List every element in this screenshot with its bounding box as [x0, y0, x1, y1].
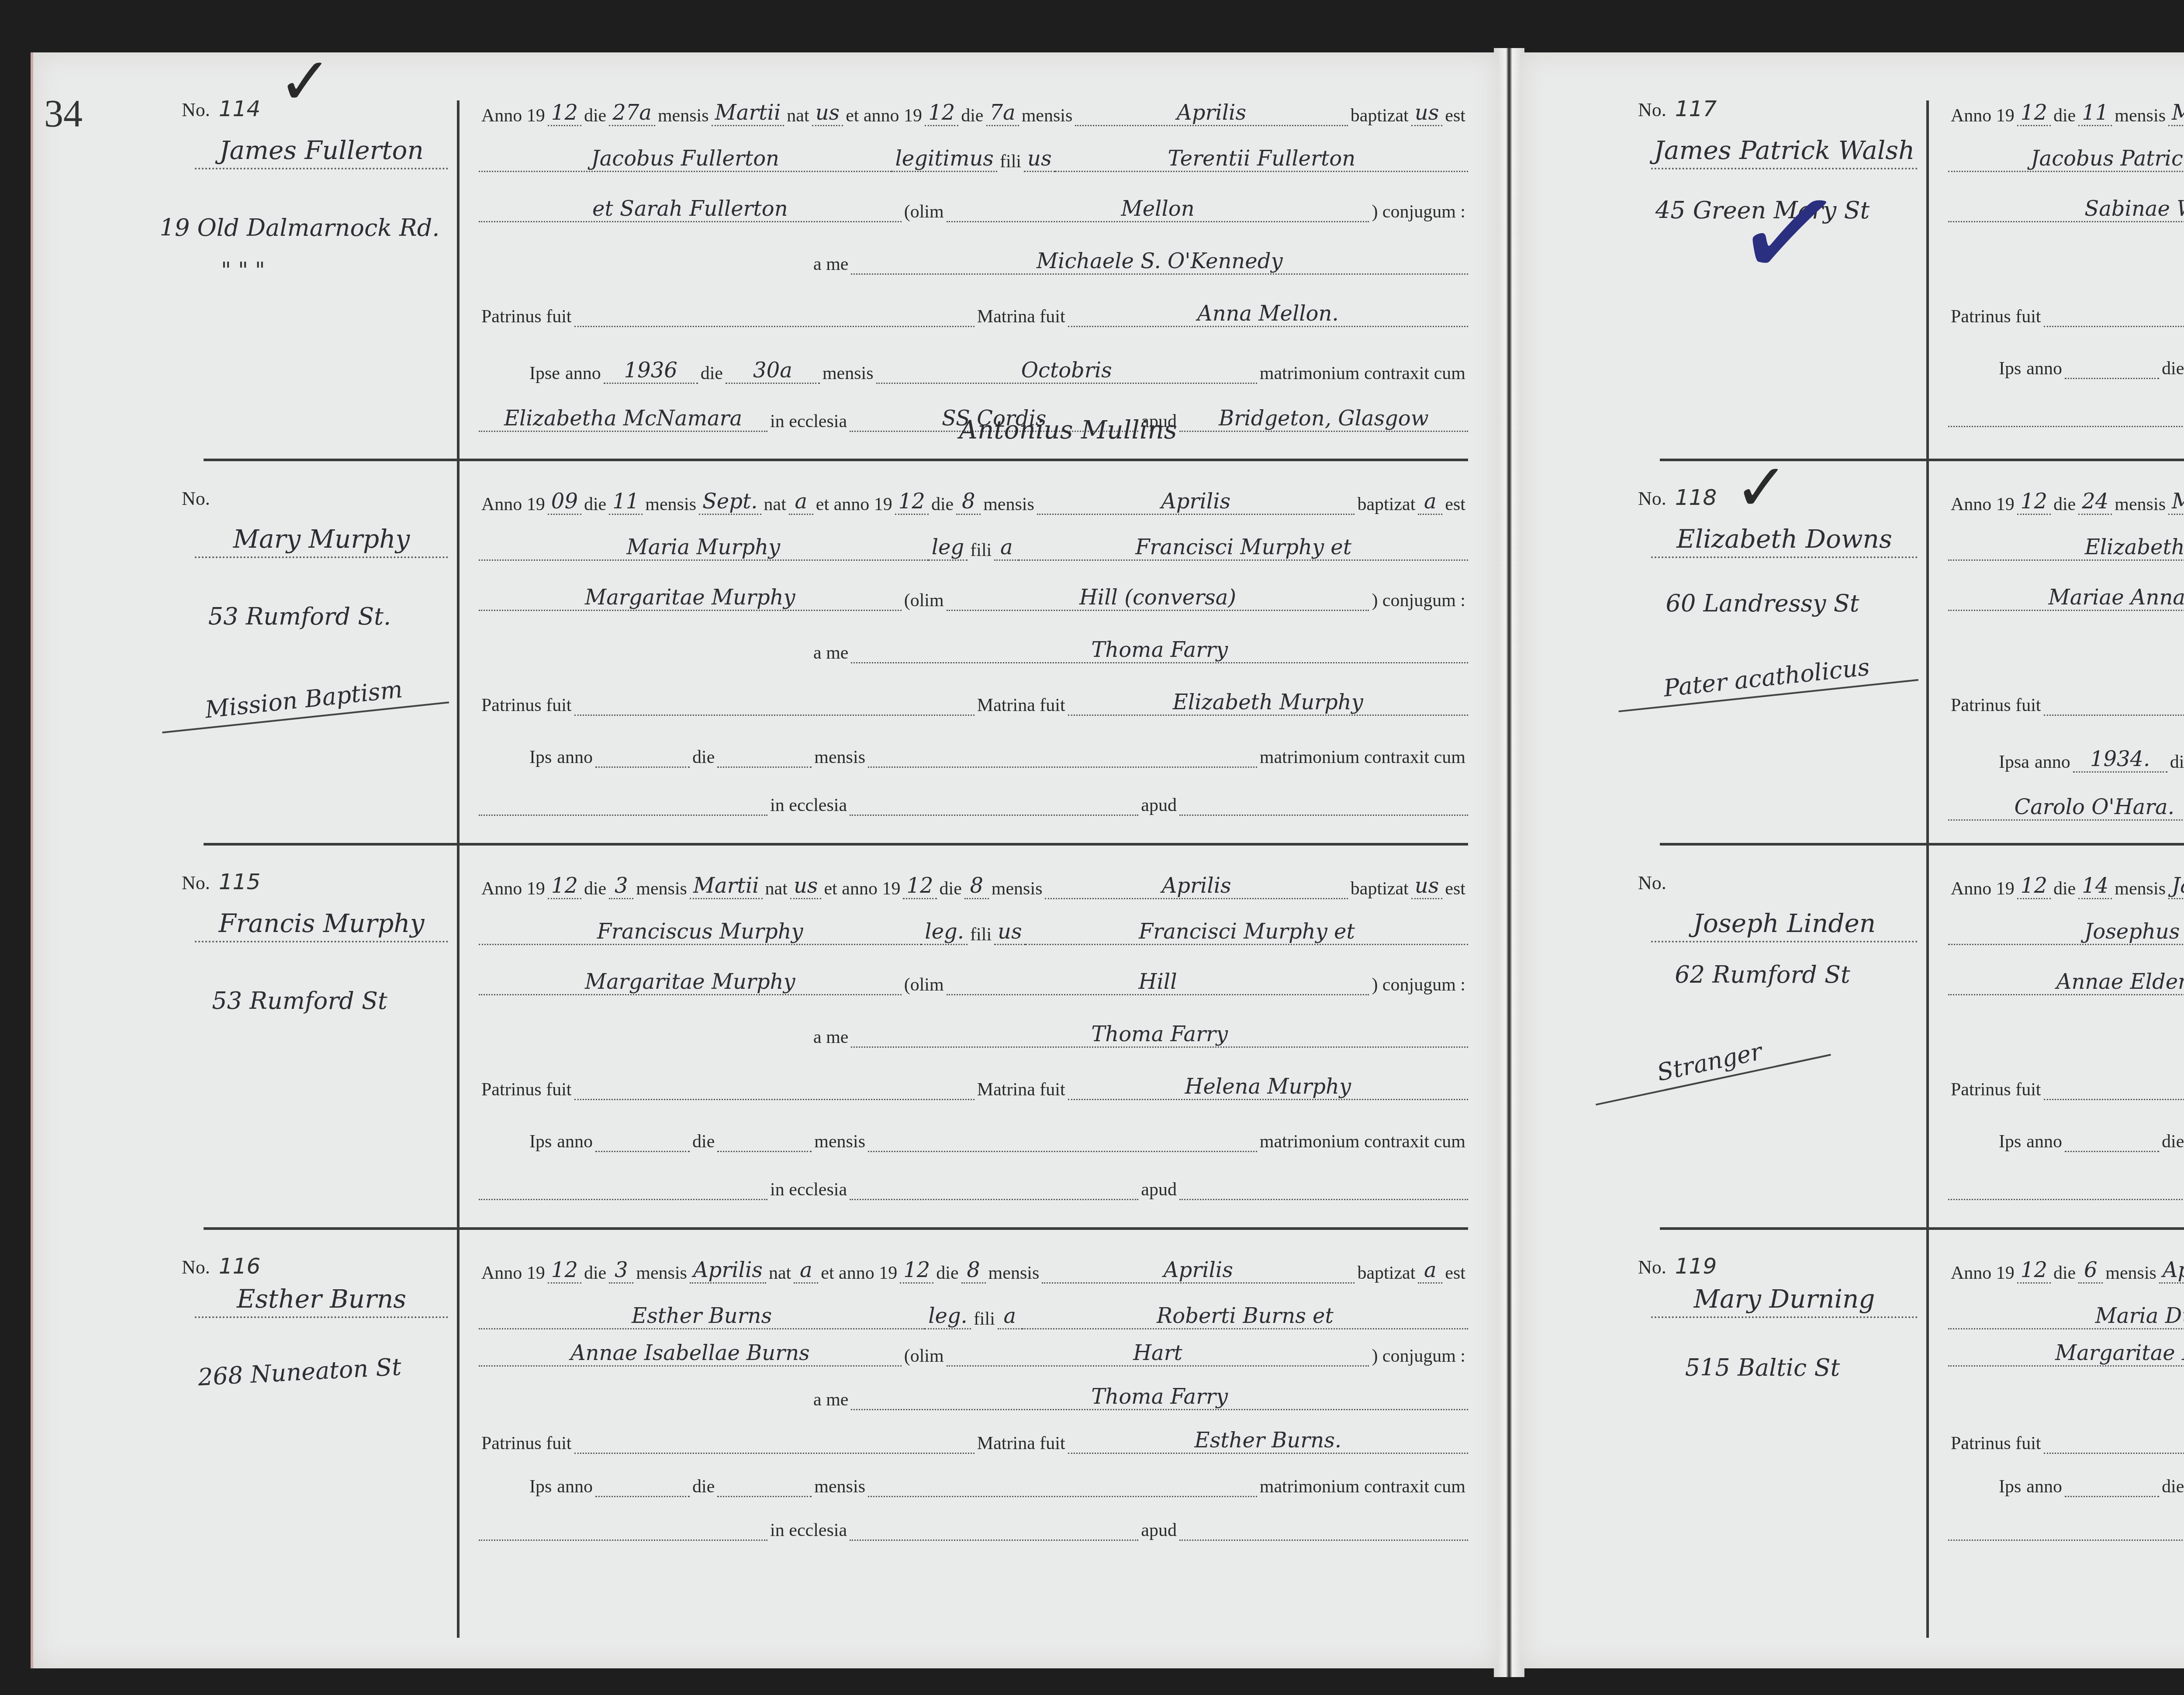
nat-suffix: a — [794, 1258, 818, 1284]
number-label: No. — [182, 1257, 210, 1278]
marriage-month — [868, 1496, 1257, 1497]
margin-note: Mission Baptism — [159, 671, 449, 734]
spouse-name — [479, 1540, 767, 1541]
number-label: No. — [182, 872, 210, 894]
baptism-entry: No. Mary Murphy 53 Rumford St. Mission B… — [33, 459, 1499, 843]
mother-name: Margaritae Murphy — [479, 970, 902, 995]
baptism-year: 12 — [900, 1258, 933, 1284]
nat-suffix: us — [790, 873, 822, 899]
birth-day: 27a — [609, 100, 655, 126]
marriage-month — [868, 766, 1257, 768]
baptism-entry: No. Joseph Linden 62 Rumford St Stranger… — [1520, 843, 2184, 1227]
baptism-day: 8 — [956, 489, 981, 515]
birth-year: 12 — [2017, 873, 2051, 899]
birth-year: 12 — [2017, 489, 2051, 515]
marriage-place — [1179, 1199, 1468, 1200]
entry-number: 114 — [219, 96, 260, 121]
birth-year: 12 — [548, 100, 581, 126]
spouse-name — [1948, 426, 2184, 427]
marriage-year — [595, 766, 690, 768]
legitimacy: leg — [928, 535, 968, 561]
mother-maiden-name: Hart — [947, 1341, 1369, 1367]
marriage-year: 1934. — [2073, 747, 2167, 773]
baptism-entry: No.114 ✓ James Fullerton 19 Old Dalmarno… — [33, 70, 1499, 454]
child-name: Francis Murphy — [195, 908, 448, 942]
father-name: Francisci Murphy et — [1019, 535, 1468, 561]
marriage-year — [595, 1151, 690, 1152]
baptism-month: Aprilis — [1037, 489, 1355, 515]
baptism-month: Aprilis — [1042, 1258, 1355, 1284]
baptism-suffix: us — [1411, 873, 1443, 899]
mother-name: et Sarah Fullerton — [479, 197, 902, 222]
birth-year: 12 — [2017, 100, 2051, 126]
birth-month: Martii — [712, 100, 784, 126]
latin-name: Esther Burns — [479, 1304, 925, 1329]
mother-name: Margaritae Durning — [1948, 1341, 2184, 1367]
godmother-name: Helena Murphy — [1068, 1074, 1468, 1100]
number-label: No. — [182, 99, 210, 121]
number-label: No. — [1638, 99, 1666, 121]
legitimacy: leg. — [921, 919, 968, 945]
child-name: Esther Burns — [195, 1284, 448, 1318]
godfather-name — [2044, 326, 2184, 327]
godfather-name — [2044, 1099, 2184, 1100]
margin-note: Pater acatholicus — [1615, 648, 1918, 712]
entry-margin: No.116 Esther Burns 268 Nuneaton St — [134, 1227, 448, 1612]
marriage-church — [850, 1199, 1138, 1200]
entry-form: Anno 1912 die6 mensisAprilis nata et ann… — [1948, 1227, 2184, 1612]
baptism-year: 12 — [925, 100, 958, 126]
fili-suffix: a — [998, 1304, 1022, 1329]
entry-number: 117 — [1675, 96, 1717, 121]
entry-margin: No.114 ✓ James Fullerton 19 Old Dalmarno… — [134, 70, 448, 454]
latin-name: Jacobus Fullerton — [479, 146, 892, 172]
baptism-suffix: us — [1411, 100, 1443, 126]
baptism-entry: No.115 Francis Murphy 53 Rumford St Anno… — [33, 843, 1499, 1227]
priest-name: Thoma Farry — [851, 638, 1468, 663]
spouse-name: Elizabetha McNamara — [479, 406, 767, 432]
birth-month: Martii — [2168, 100, 2184, 126]
entry-form: Anno 1912 die14 mensisJanuarii natus et … — [1948, 843, 2184, 1227]
birth-year: 12 — [2017, 1258, 2051, 1284]
mother-name: Mariae Annae Downs — [1948, 585, 2184, 611]
fili-suffix: us — [994, 919, 1026, 945]
entry-form: Anno 1912 die27a mensisMartii natus et a… — [479, 70, 1468, 454]
entry-margin: No.118 ✓ Elizabeth Downs 60 Landressy St… — [1590, 459, 1918, 843]
baptism-suffix: a — [1418, 1258, 1442, 1284]
baptism-entry: No.117 James Patrick Walsh 45 Green Mary… — [1520, 70, 2184, 454]
left-page: 34 No.114 ✓ James Fullerton 19 Old Dalma… — [31, 52, 1499, 1668]
marriage-place — [1179, 815, 1468, 816]
legitimacy: legitimus — [892, 146, 997, 172]
godmother-name: Elizabeth Murphy — [1068, 690, 1468, 716]
child-name: James Fullerton — [195, 135, 448, 169]
address: 60 Landressy St — [1607, 590, 1918, 617]
entry-form: Anno 1912 die3 mensisAprilis nata et ann… — [479, 1227, 1468, 1612]
priest-name: Thoma Farry — [851, 1022, 1468, 1048]
checkmark-icon: ✓ — [1734, 450, 1789, 526]
godfather-name — [2044, 715, 2184, 716]
godmother-name: Esther Burns. — [1068, 1428, 1468, 1454]
baptism-entry: No.116 Esther Burns 268 Nuneaton St Anno… — [33, 1227, 1499, 1612]
birth-year: 12 — [548, 1258, 581, 1284]
birth-day: 24 — [2078, 489, 2112, 515]
godfather-name — [574, 715, 975, 716]
entry-margin: No.119 Mary Durning 515 Baltic St — [1590, 1227, 1918, 1612]
birth-month: Aprilis — [690, 1258, 766, 1284]
marriage-year — [2065, 378, 2159, 379]
latin-name: Elizabeth Downs — [1948, 535, 2184, 561]
godfather-name — [2044, 1453, 2184, 1454]
marriage-day — [717, 766, 812, 768]
nat-suffix: a — [789, 489, 813, 515]
margin-note: Stranger — [1589, 1024, 1831, 1106]
latin-name: Josephus Linden — [1948, 919, 2184, 945]
mother-maiden-name: Hill — [947, 970, 1369, 995]
entry-margin: No. Mary Murphy 53 Rumford St. Mission B… — [134, 459, 448, 843]
birth-day: 3 — [609, 873, 633, 899]
mother-maiden-name: Mellon — [947, 197, 1369, 222]
entry-form: Anno 1912 die3 mensisMartii natus et ann… — [479, 843, 1468, 1227]
spouse-name — [479, 1199, 767, 1200]
baptism-day: 8 — [961, 1258, 986, 1284]
number-label: No. — [1638, 488, 1666, 509]
marriage-year — [595, 1496, 690, 1497]
spouse-name: Carolo O'Hara. — [1948, 795, 2184, 821]
birth-month: Martii — [690, 873, 763, 899]
marriage-year: 1936 — [604, 358, 698, 384]
nat-suffix: us — [812, 100, 843, 126]
birth-month: Sept. — [699, 489, 761, 515]
baptism-day: 7a — [986, 100, 1019, 126]
baptism-year: 12 — [895, 489, 929, 515]
address: 515 Baltic St — [1607, 1354, 1918, 1381]
signature: Antonius Mullins — [959, 415, 1177, 445]
entry-margin: No.117 James Patrick Walsh 45 Green Mary… — [1590, 70, 1918, 454]
mother-name: Sabinae Walsh — [1948, 197, 2184, 222]
mother-maiden-name: Hill (conversa) — [947, 585, 1369, 611]
entry-margin: No.115 Francis Murphy 53 Rumford St — [134, 843, 448, 1227]
father-name: Roberti Burns et — [1022, 1304, 1468, 1329]
marriage-year — [2065, 1496, 2159, 1497]
number-label: No. — [1638, 1257, 1666, 1278]
baptism-year: 12 — [903, 873, 936, 899]
blue-checkmark-icon: ✓ — [1724, 150, 1854, 317]
latin-name: Franciscus Murphy — [479, 919, 921, 945]
marriage-year — [2065, 1151, 2159, 1152]
marriage-place — [1179, 1540, 1468, 1541]
birth-day: 6 — [2078, 1258, 2103, 1284]
latin-name: Maria Durning — [1948, 1304, 2184, 1329]
marriage-place: Bridgeton, Glasgow — [1179, 406, 1468, 432]
birth-year: 09 — [548, 489, 581, 515]
entry-form: Anno 1909 die11 mensisSept. nata et anno… — [479, 459, 1468, 843]
birth-day: 3 — [609, 1258, 633, 1284]
baptism-entry: No.118 ✓ Elizabeth Downs 60 Landressy St… — [1520, 459, 2184, 843]
fili-suffix: us — [1024, 146, 1055, 172]
number-label: No. — [182, 488, 210, 509]
birth-month: Aprilis — [2159, 1258, 2184, 1284]
marriage-day — [717, 1496, 812, 1497]
baptism-month: Aprilis — [1075, 100, 1348, 126]
number-label: No. — [1638, 872, 1666, 894]
father-name: Terentii Fullerton — [1055, 146, 1468, 172]
fili-suffix: a — [994, 535, 1019, 561]
address: 53 Rumford St — [151, 987, 448, 1015]
mother-name: Margaritae Murphy — [479, 585, 902, 611]
address: 53 Rumford St. — [151, 603, 448, 630]
mother-name: Annae Isabellae Burns — [479, 1341, 902, 1367]
baptism-suffix: a — [1418, 489, 1442, 515]
latin-name: Maria Murphy — [479, 535, 928, 561]
godfather-name — [574, 1453, 975, 1454]
marriage-month — [868, 1151, 1257, 1152]
marriage-day — [717, 1151, 812, 1152]
priest-name: Michaele S. O'Kennedy — [851, 249, 1468, 275]
ditto-marks: " " " — [221, 258, 265, 283]
latin-name: Jacobus Patricius Walsh — [1948, 146, 2184, 172]
legitimacy: leg. — [925, 1304, 971, 1329]
birth-month: Martii — [2168, 489, 2184, 515]
godfather-name — [574, 1099, 975, 1100]
marriage-day: 30a — [726, 358, 820, 384]
address: 62 Rumford St — [1607, 961, 1918, 988]
godfather-name — [574, 326, 975, 327]
address: 19 Old Dalmarnock Rd. — [151, 214, 448, 242]
marriage-church — [850, 1540, 1138, 1541]
entry-form: Anno 1912 die24 mensisMartii nata et ann… — [1948, 459, 2184, 843]
priest-name: Thoma Farry — [851, 1384, 1468, 1410]
entry-number: 116 — [219, 1253, 260, 1279]
godmother-name: Anna Mellon. — [1068, 301, 1468, 327]
baptism-month: Aprilis — [1045, 873, 1348, 899]
birth-year: 12 — [548, 873, 581, 899]
entry-number: 118 — [1675, 485, 1717, 510]
entry-margin: No. Joseph Linden 62 Rumford St Stranger — [1590, 843, 1918, 1227]
birth-day: 11 — [2078, 100, 2112, 126]
entry-form: Anno 1912 die11 mensisMartii natus et an… — [1948, 70, 2184, 454]
checkmark-icon: ✓ — [278, 44, 333, 120]
right-page: 35 No.117 James Patrick Walsh 45 Green M… — [1520, 52, 2184, 1668]
child-name: Joseph Linden — [1651, 908, 1918, 942]
baptism-entry: No.119 Mary Durning 515 Baltic St Anno 1… — [1520, 1227, 2184, 1612]
child-name: Mary Durning — [1651, 1284, 1918, 1318]
birth-month: Januarii — [2168, 873, 2184, 899]
entry-number: 119 — [1675, 1253, 1717, 1279]
birth-day: 11 — [609, 489, 643, 515]
spouse-name — [1948, 1540, 2184, 1541]
father-name: Francisci Murphy et — [1026, 919, 1468, 945]
address: 268 Nuneaton St — [151, 1350, 449, 1394]
marriage-month: Octobris — [876, 358, 1257, 384]
marriage-church — [850, 815, 1138, 816]
entry-number: 115 — [219, 869, 260, 894]
mother-name: Annae Elder Linden — [1948, 970, 2184, 995]
baptism-day: 8 — [964, 873, 989, 899]
birth-day: 14 — [2078, 873, 2112, 899]
child-name: Mary Murphy — [195, 524, 448, 558]
spouse-name — [1948, 1199, 2184, 1200]
child-name: Elizabeth Downs — [1651, 524, 1918, 558]
spouse-name — [479, 815, 767, 816]
